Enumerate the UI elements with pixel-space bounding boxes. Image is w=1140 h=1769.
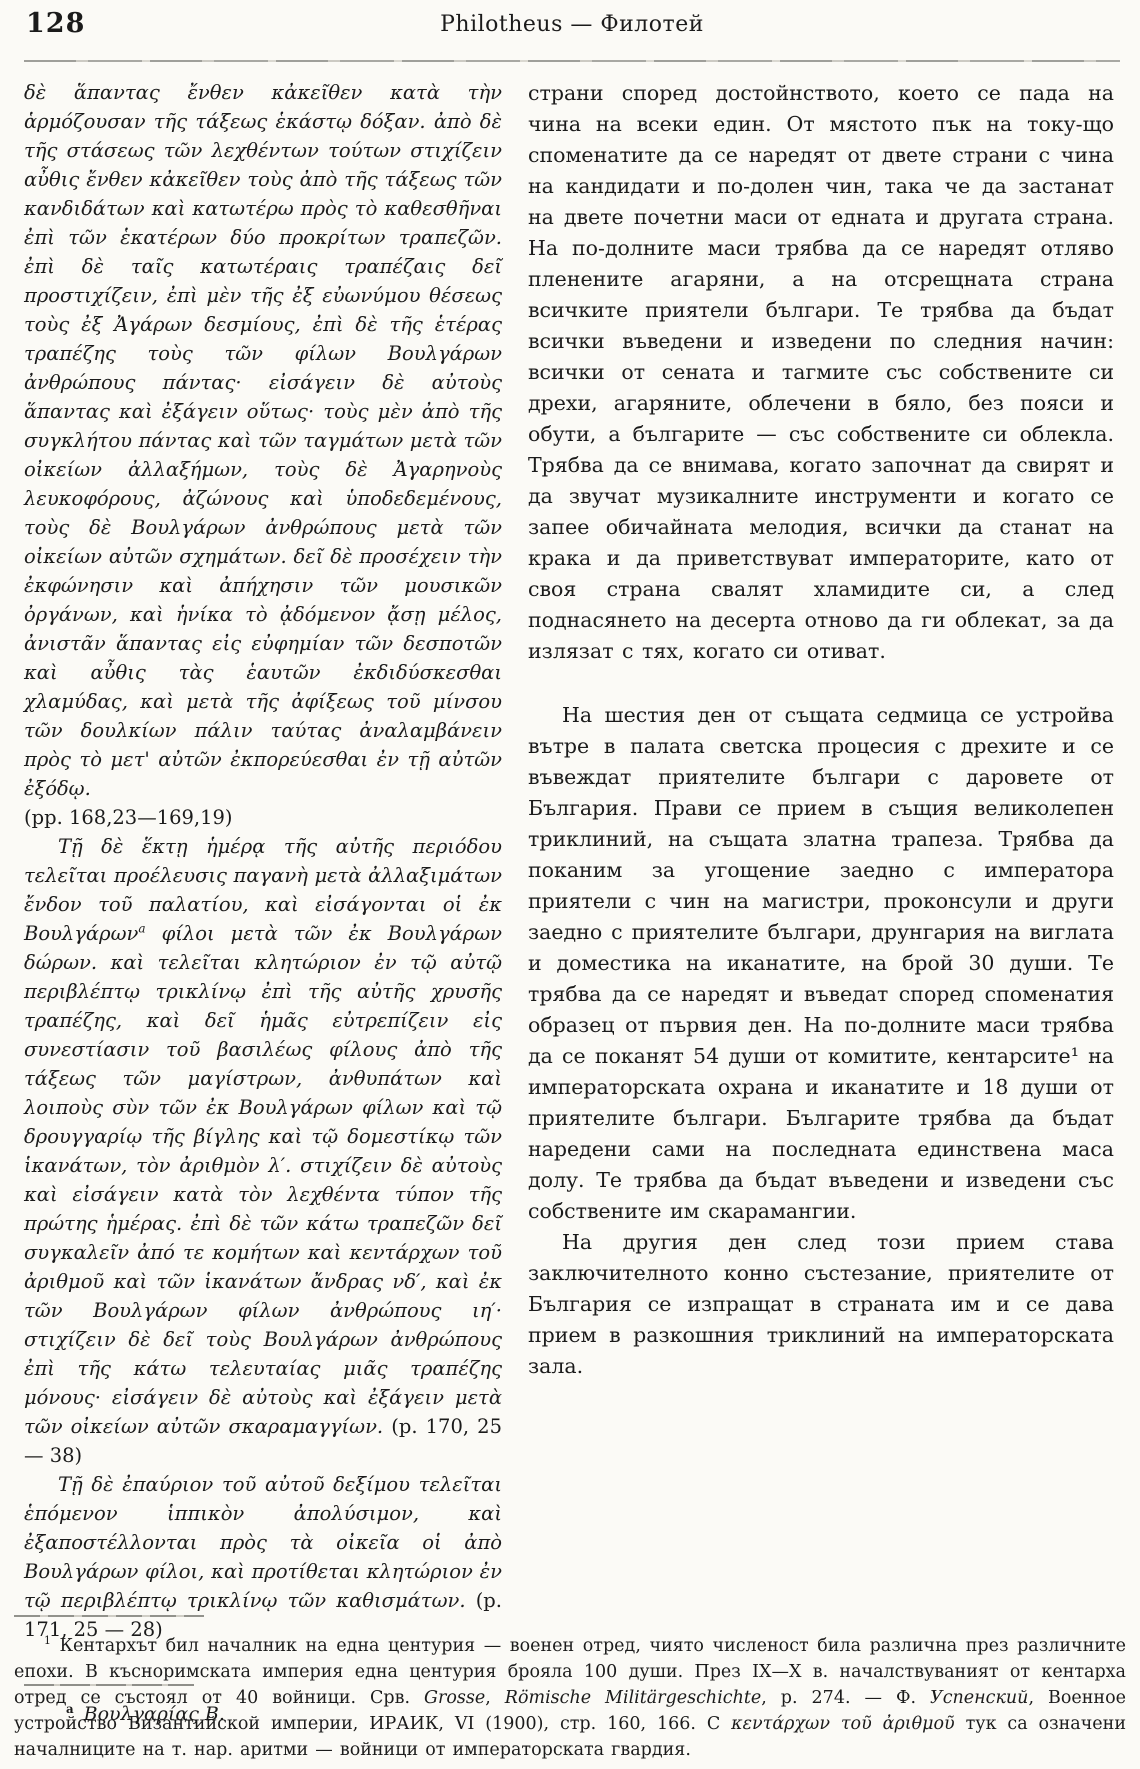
- greek-text: φίλοι μετὰ τῶν ἐκ Βουλγάρων δώρων. καὶ τ…: [24, 922, 502, 1438]
- footnote-text: 1 Кентархът бил началник на една центури…: [14, 1633, 1126, 1763]
- header-rule: [24, 60, 1120, 62]
- footnote-author-uspenskij: Успенский: [930, 1688, 1028, 1708]
- bulgarian-paragraph-3: На другия ден след този прием става закл…: [528, 1227, 1114, 1382]
- footnote-greek-term: κεντάρχων τοῦ ἀριθμοῦ: [731, 1714, 955, 1734]
- running-title: Philotheus — Филотей: [24, 12, 1120, 37]
- book-page: 128 Philotheus — Филотей δὲ ἅπαντας ἔνθε…: [0, 0, 1140, 1769]
- footnote-block: 1 Кентархът бил началник на една центури…: [14, 1615, 1126, 1763]
- footnote-work-title: Römische Militärgeschichte: [505, 1688, 762, 1708]
- greek-paragraph-1: δὲ ἅπαντας ἔνθεν κἀκεῖθεν κατὰ τὴν ἁρμόζ…: [24, 78, 502, 803]
- page-header: 128 Philotheus — Филотей: [24, 6, 1120, 68]
- greek-column: δὲ ἅπαντας ἔνθεν κἀκεῖθεν κατὰ τὴν ἁρμόζ…: [24, 78, 502, 1729]
- greek-text: Τῇ δὲ ἐπαύριον τοῦ αὐτοῦ δεξίμου τελεῖτα…: [24, 1473, 502, 1612]
- text-columns: δὲ ἅπαντας ἔνθεν κἀκεῖθεν κατὰ τὴν ἁρμόζ…: [24, 78, 1120, 1729]
- apparatus-ref-marker: a: [138, 922, 145, 936]
- bulgarian-paragraph-2: На шестия ден от същата седмица се устро…: [528, 700, 1114, 1227]
- footnote-author-grosse: Grosse: [424, 1688, 485, 1708]
- footnote-segment: , p. 274. — Ф.: [761, 1688, 930, 1708]
- footnote-marker: 1: [44, 1634, 51, 1647]
- bulgarian-paragraph-1: страни според достойнството, което се па…: [528, 78, 1114, 667]
- source-ref-1: (pp. 168,23—169,19): [24, 803, 502, 832]
- footnote-rule: [14, 1615, 204, 1617]
- bulgarian-column: страни според достойнството, което се па…: [528, 78, 1114, 1729]
- greek-paragraph-2: Τῇ δὲ ἕκτῃ ἡμέρᾳ τῆς αὐτῆς περιόδου τελε…: [24, 832, 502, 1470]
- footnote-segment: ,: [485, 1688, 505, 1708]
- greek-text: δὲ ἅπαντας ἔνθεν κἀκεῖθεν κατὰ τὴν ἁρμόζ…: [24, 81, 502, 800]
